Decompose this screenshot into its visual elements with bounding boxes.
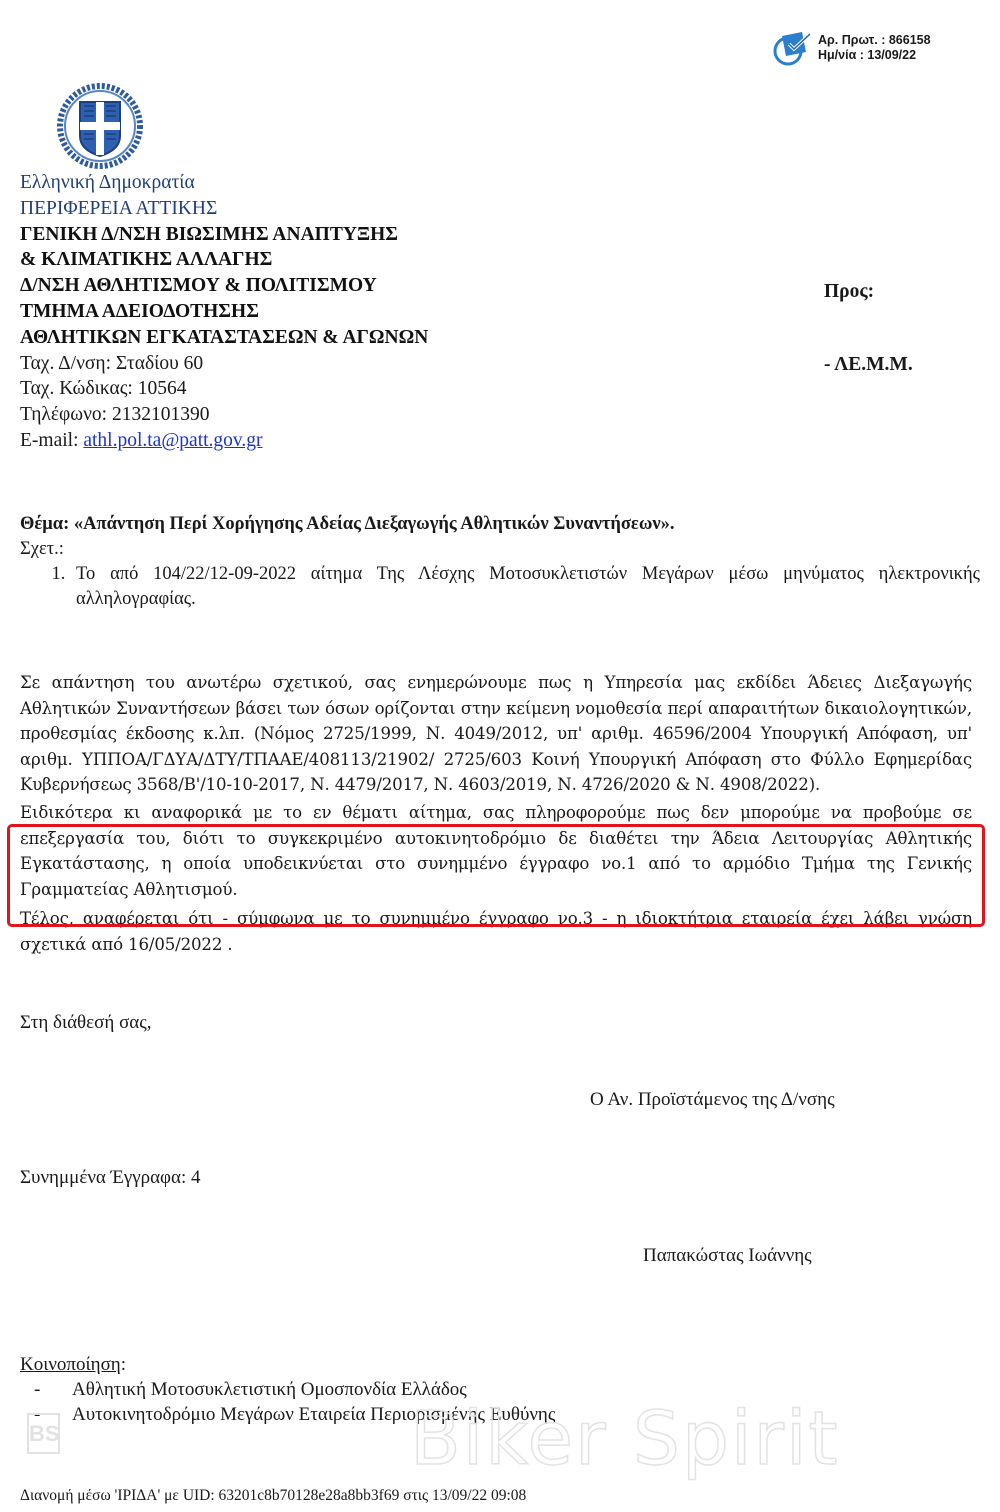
email-link[interactable]: athl.pol.ta@patt.gov.gr — [83, 430, 262, 451]
signature-name: Παπακώστας Ιωάννης — [643, 1245, 812, 1267]
email-label: E-mail: — [20, 430, 83, 451]
department-line: ΤΜΗΜΑ ΑΔΕΙΟΔΟΤΗΣΗΣ — [20, 299, 428, 325]
distribution-footer: Διανομή μέσω 'ΙΡΙΔΑ' με UID: 63201c8b701… — [20, 1487, 526, 1505]
department-line: ΑΘΛΗΤΙΚΩΝ ΕΓΚΑΤΑΣΤΑΣΕΩΝ & ΑΓΩΝΩΝ — [20, 325, 428, 351]
phone: Τηλέφωνο: 2132101390 — [20, 402, 428, 428]
attachments-count: Συνημμένα Έγγραφα: 4 — [20, 1167, 201, 1189]
reference-item: Το από 104/22/12-09-2022 αίτημα Της Λέσχ… — [70, 562, 980, 612]
region-name: ΠΕΡΙΦΕΡΕΙΑ ΑΤΤΙΚΗΣ — [20, 196, 428, 222]
highlight-annotation-box — [7, 824, 985, 927]
reference-label: Σχετ.: — [20, 537, 980, 562]
address: Ταχ. Δ/νση: Σταδίου 60 — [20, 351, 428, 377]
closing-line: Στη διάθεσή σας, — [20, 1012, 152, 1034]
reference-list: Το από 104/22/12-09-2022 αίτημα Της Λέσχ… — [20, 562, 980, 612]
letterhead: Ελληνική Δημοκρατία ΠΕΡΙΦΕΡΕΙΑ ΑΤΤΙΚΗΣ Γ… — [20, 170, 428, 454]
signature-title: Ο Αν. Προϊστάμενος της Δ/νσης — [590, 1089, 835, 1111]
protocol-date: Ημ/νία : 13/09/22 — [818, 48, 931, 63]
check-document-icon — [772, 30, 812, 66]
cc-item-text: Αθλητική Μοτοσυκλετιστική Ομοσπονδία Ελλ… — [72, 1377, 467, 1402]
watermark-logo-icon: BS — [27, 1413, 60, 1454]
cc-heading: Κοινοποίηση: — [20, 1352, 555, 1377]
recipient-label: Προς: — [824, 281, 913, 303]
email-row: E-mail: athl.pol.ta@patt.gov.gr — [20, 428, 428, 454]
bullet-dash: - — [20, 1377, 72, 1402]
body-paragraph: Σε απάντηση του ανωτέρω σχετικού, σας εν… — [20, 670, 972, 798]
cc-label: Κοινοποίηση — [20, 1354, 121, 1375]
cc-label-suffix: : — [121, 1354, 126, 1375]
recipient-item: - ΛΕ.Μ.Μ. — [824, 354, 913, 376]
protocol-number: Αρ. Πρωτ. : 866158 — [818, 33, 931, 48]
recipient-block: Προς: - ΛΕ.Μ.Μ. — [824, 281, 913, 376]
subject-line: Θέμα: «Απάντηση Περί Χορήγησης Αδείας Δι… — [20, 512, 980, 537]
greek-coat-of-arms-icon — [52, 78, 148, 174]
country-name: Ελληνική Δημοκρατία — [20, 170, 428, 196]
postal-code: Ταχ. Κώδικας: 10564 — [20, 376, 428, 402]
department-line: ΓΕΝΙΚΗ Δ/ΝΣΗ ΒΙΩΣΙΜΗΣ ΑΝΑΠΤΥΞΗΣ — [20, 222, 428, 248]
department-line: Δ/ΝΣΗ ΑΘΛΗΤΙΣΜΟΥ & ΠΟΛΙΤΙΣΜΟΥ — [20, 273, 428, 299]
watermark-text: Biker Spirit — [410, 1396, 840, 1482]
department-line: & ΚΛΙΜΑΤΙΚΗΣ ΑΛΛΑΓΗΣ — [20, 247, 428, 273]
protocol-stamp: Αρ. Πρωτ. : 866158 Ημ/νία : 13/09/22 — [772, 30, 931, 66]
subject-block: Θέμα: «Απάντηση Περί Χορήγησης Αδείας Δι… — [20, 512, 980, 612]
